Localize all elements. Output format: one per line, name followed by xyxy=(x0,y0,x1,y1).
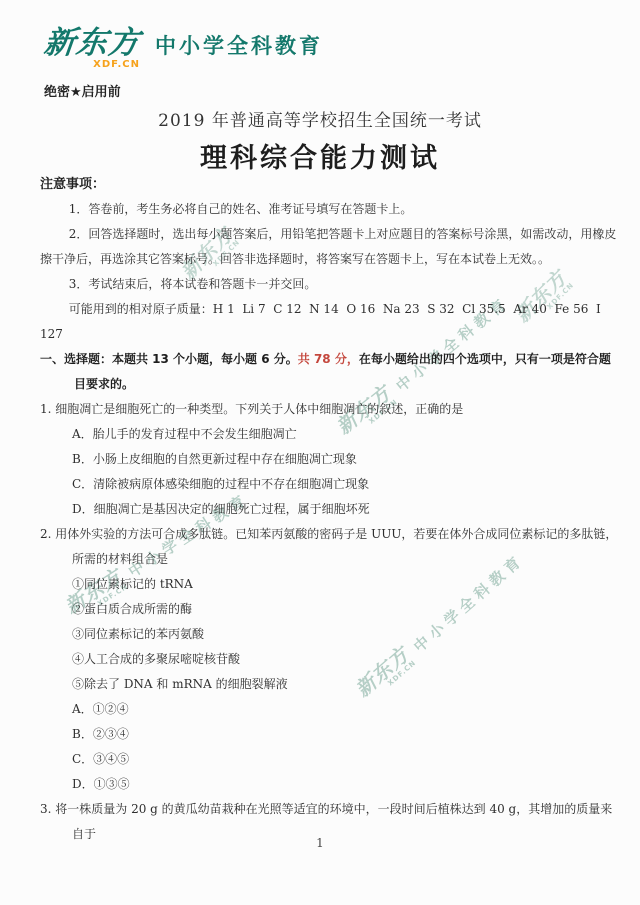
question-1-option-d: D．细胞凋亡是基因决定的细胞死亡过程，属于细胞坏死 xyxy=(72,497,618,522)
xdf-logo-icon: 新东方 XDF.CN xyxy=(44,28,140,70)
question-1-option-a: A．胎儿手的发育过程中不会发生细胞凋亡 xyxy=(72,422,618,447)
question-2: 2. 用体外实验的方法可合成多肽链。已知苯丙氨酸的密码子是 UUU，若要在体外合… xyxy=(40,522,618,797)
brand-logo-text: 新东方 xyxy=(42,28,141,59)
notice-item-2: 2．回答选择题时，选出每小题答案后，用铅笔把答题卡上对应题目的答案标号涂黑，如需… xyxy=(40,222,618,272)
notice-heading: 注意事项： xyxy=(40,172,618,197)
atomic-mass-line: 可能用到的相对原子质量：H 1 Li 7 C 12 N 14 O 16 Na 2… xyxy=(40,297,618,347)
question-1-option-c: C．清除被病原体感染细胞的过程中不存在细胞凋亡现象 xyxy=(72,472,618,497)
question-2-option-a: A．①②④ xyxy=(72,697,618,722)
question-2-option-c: C．③④⑤ xyxy=(72,747,618,772)
question-1-option-b: B．小肠上皮细胞的自然更新过程中存在细胞凋亡现象 xyxy=(72,447,618,472)
question-stem: 2. 用体外实验的方法可合成多肽链。已知苯丙氨酸的密码子是 UUU，若要在体外合… xyxy=(40,522,618,547)
brand-caption: 中小学全科教育 xyxy=(155,30,323,60)
section-heading-prefix: 一、选择题：本题共 13 个小题，每小题 6 分。 xyxy=(40,352,298,366)
question-2-subitem-4: ④人工合成的多聚尿嘧啶核苷酸 xyxy=(72,647,618,672)
question-stem: 1. 细胞凋亡是细胞死亡的一种类型。下列关于人体中细胞凋亡的叙述，正确的是 xyxy=(40,397,618,422)
question-2-option-d: D．①③⑤ xyxy=(72,772,618,797)
question-stem-continued: 所需的材料组合是 xyxy=(72,547,618,572)
question-1: 1. 细胞凋亡是细胞死亡的一种类型。下列关于人体中细胞凋亡的叙述，正确的是 A．… xyxy=(40,397,618,522)
brand-logo: 新东方 XDF.CN 中小学全科教育 xyxy=(44,28,323,70)
section-heading: 一、选择题：本题共 13 个小题，每小题 6 分。共 78 分，在每小题给出的四… xyxy=(40,347,618,397)
section-heading-score-highlight: 共 78 分， xyxy=(298,352,359,366)
subject-title: 理科综合能力测试 xyxy=(0,136,640,175)
notice-item-3: 3．考试结束后，将本试卷和答题卡一并交回。 xyxy=(40,272,618,297)
question-2-subitem-5: ⑤除去了 DNA 和 mRNA 的细胞裂解液 xyxy=(72,672,618,697)
exam-body: 注意事项： 1．答卷前，考生务必将自己的姓名、准考证号填写在答题卡上。 2．回答… xyxy=(40,172,618,847)
question-2-subitem-2: ②蛋白质合成所需的酶 xyxy=(72,597,618,622)
exam-title: 2019 年普通高等学校招生全国统一考试 xyxy=(0,106,640,131)
brand-logo-domain: XDF.CN xyxy=(93,60,140,70)
question-2-option-b: B．②③④ xyxy=(72,722,618,747)
notice-item-1: 1．答卷前，考生务必将自己的姓名、准考证号填写在答题卡上。 xyxy=(40,197,618,222)
title-block: 2019 年普通高等学校招生全国统一考试 理科综合能力测试 xyxy=(0,106,640,175)
question-2-subitem-3: ③同位素标记的苯丙氨酸 xyxy=(72,622,618,647)
question-stem: 3. 将一株质量为 20 g 的黄瓜幼苗栽种在光照等适宜的环境中，一段时间后植株… xyxy=(40,797,618,822)
exam-paper-page: 新东方 XDF.CN 中小学全科教育 新东方 XDF.CN 中小学全科教育 新东… xyxy=(0,0,640,905)
classification-label: 绝密★启用前 xyxy=(44,81,121,100)
page-number: 1 xyxy=(0,836,640,850)
question-2-subitem-1: ①同位素标记的 tRNA xyxy=(72,572,618,597)
